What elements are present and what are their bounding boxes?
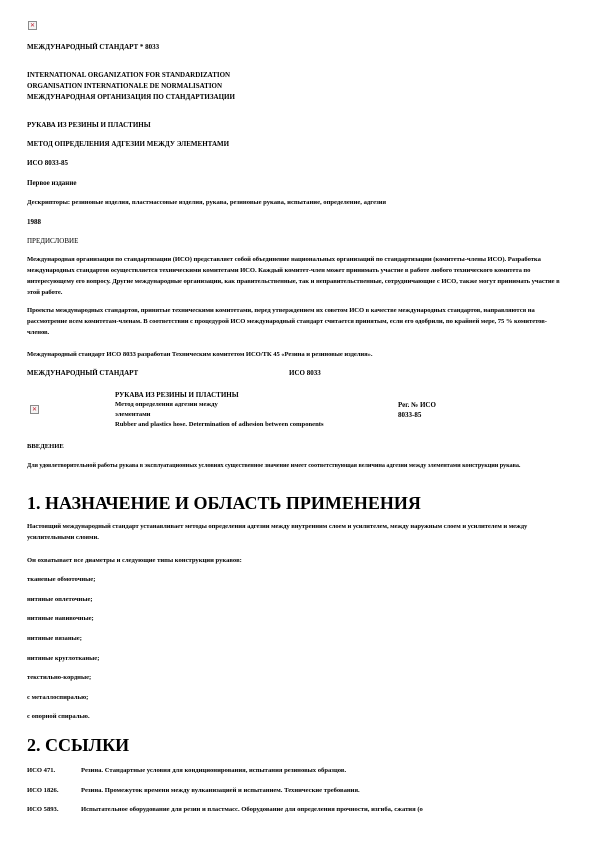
reference-text: Резина. Стандартные условия для кондицио… [81, 765, 346, 776]
title-block-method-2: элементами [115, 410, 150, 420]
org-name-en: INTERNATIONAL ORGANIZATION FOR STANDARDI… [27, 70, 230, 81]
list-item: текстильно-кордные; [27, 672, 91, 683]
descriptors: Дескрипторы: резиновые изделия, пластмас… [27, 197, 386, 208]
foreword-paragraph: Международный стандарт ИСО 8033 разработ… [27, 349, 567, 360]
org-name-fr: ORGANISATION INTERNATIONALE DE NORMALISA… [27, 81, 222, 92]
reference-code: ИСО 471. [27, 765, 55, 776]
section-2-heading: 2. ССЫЛКИ [27, 735, 129, 755]
list-item: нитяные навивочные; [27, 613, 94, 624]
list-item: нитяные круглотканые; [27, 653, 99, 664]
standard-title: МЕЖДУНАРОДНЫЙ СТАНДАРТ * 8033 [27, 42, 159, 53]
product-title: РУКАВА ИЗ РЕЗИНЫ И ПЛАСТИНЫ [27, 120, 151, 131]
reg-value: 8033-85 [398, 410, 421, 420]
title-block-english: Rubber and plastics hose. Determination … [115, 420, 324, 430]
list-item: с опорной спиралью. [27, 711, 90, 722]
title-block-product: РУКАВА ИЗ РЕЗИНЫ И ПЛАСТИНЫ [115, 390, 239, 400]
section-1-text: Настоящий международный стандарт устанав… [27, 521, 567, 543]
broken-image-icon: ✕ [30, 405, 39, 414]
reg-label: Рег. № ИСО [398, 400, 436, 410]
reference-code: ИСО 5893. [27, 804, 59, 815]
reference-code: ИСО 1826. [27, 785, 59, 796]
list-item: тканевые обмоточные; [27, 574, 95, 585]
foreword-heading: ПРЕДИСЛОВИЕ [27, 236, 78, 247]
title-block-left: МЕЖДУНАРОДНЫЙ СТАНДАРТ [27, 368, 138, 379]
list-item: нитяные оплеточные; [27, 594, 93, 605]
reference-text: Испытательное оборудование для резин и п… [81, 804, 423, 815]
introduction-text: Для удовлетворительной работы рукава в э… [27, 460, 567, 471]
section-1-heading: 1. НАЗНАЧЕНИЕ И ОБЛАСТЬ ПРИМЕНЕНИЯ [27, 493, 421, 513]
method-title: МЕТОД ОПРЕДЕЛЕНИЯ АДГЕЗИИ МЕЖДУ ЭЛЕМЕНТА… [27, 139, 229, 150]
list-item: с металлоспиралью; [27, 692, 88, 703]
section-1-applies: Он охватывает все диаметры и следующие т… [27, 555, 242, 566]
year: 1988 [27, 217, 41, 228]
title-block-right: ИСО 8033 [289, 368, 321, 379]
foreword-paragraph: Международная организация по стандартиза… [27, 254, 567, 298]
org-name-ru: МЕЖДУНАРОДНАЯ ОРГАНИЗАЦИЯ ПО СТАНДАРТИЗА… [27, 92, 235, 103]
edition: Первое издание [27, 178, 76, 189]
introduction-heading: ВВЕДЕНИЕ [27, 441, 64, 452]
reference-text: Резина. Промежуток времени между вулкани… [81, 785, 360, 796]
foreword-paragraph: Проекты международных стандартов, принят… [27, 305, 567, 338]
list-item: нитяные вязаные; [27, 633, 82, 644]
designation: ИСО 8033-85 [27, 158, 68, 169]
title-block-method-1: Метод определения адгезии между [115, 400, 218, 410]
broken-image-icon: ✕ [28, 21, 37, 30]
